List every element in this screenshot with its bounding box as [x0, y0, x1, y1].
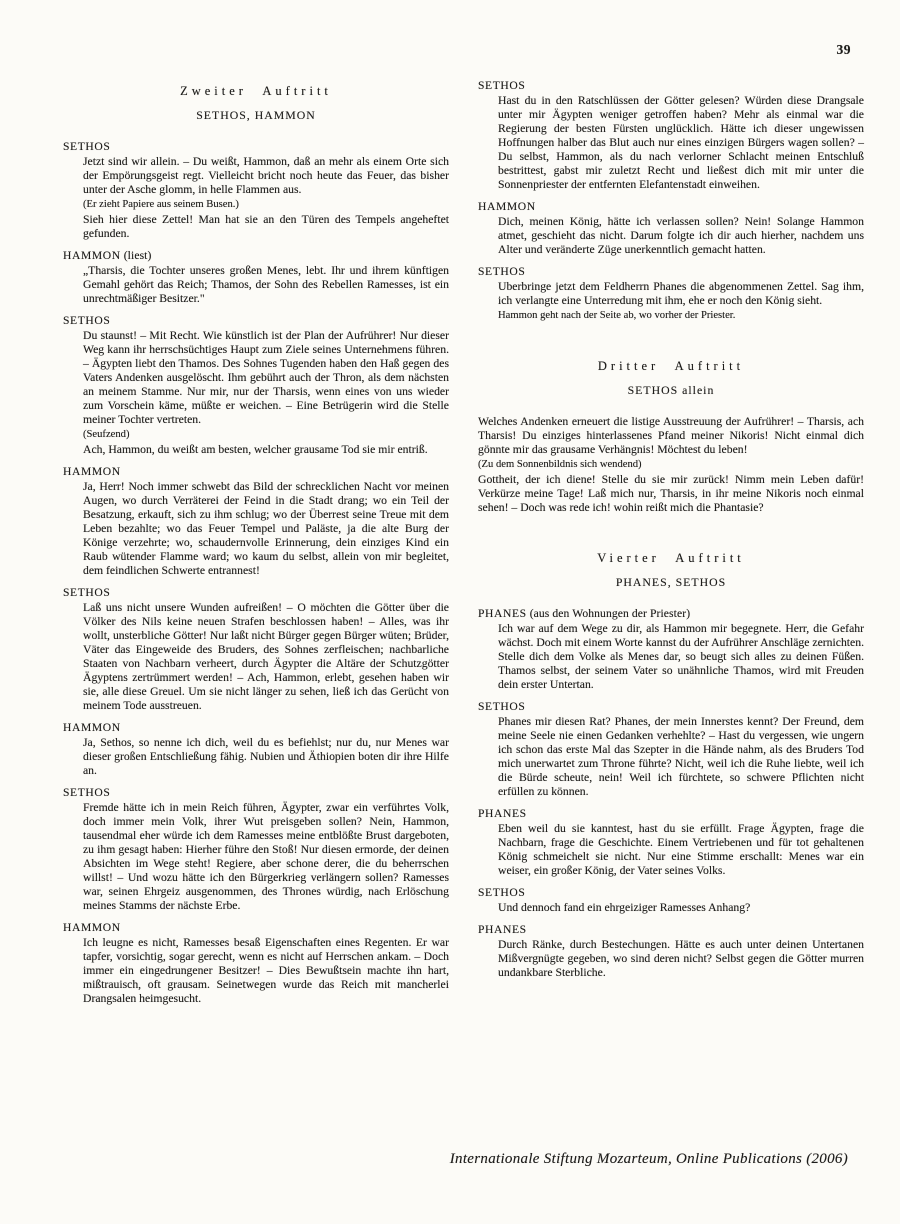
speaker-name: SETHOS	[63, 314, 110, 327]
speaker-name: SETHOS	[63, 786, 110, 799]
left-column: Zweiter AuftrittSETHOS, HAMMONSETHOSJetz…	[63, 84, 449, 1006]
speaker-note: (liest)	[121, 249, 152, 262]
speaker-label: PHANES	[478, 807, 864, 820]
page: 39 Zweiter AuftrittSETHOS, HAMMONSETHOSJ…	[0, 0, 900, 1224]
speech-paragraph: Laß uns nicht unsere Wunden aufreißen! –…	[83, 601, 449, 713]
speaker-name: HAMMON	[63, 921, 121, 934]
speaker-name: SETHOS	[478, 700, 525, 713]
speaker-name: PHANES	[478, 607, 527, 620]
speaker-label: HAMMON (liest)	[63, 249, 449, 262]
speaker-label: SETHOS	[478, 79, 864, 92]
speech-paragraph: Eben weil du sie kanntest, hast du sie e…	[498, 822, 864, 878]
speaker-name: SETHOS	[478, 886, 525, 899]
speech-paragraph: Ja, Sethos, so nenne ich dich, weil du e…	[83, 736, 449, 778]
stage-direction: Hammon geht nach der Seite ab, wo vorher…	[498, 309, 864, 323]
speaker-label: HAMMON	[63, 921, 449, 934]
speaker-label: HAMMON	[478, 200, 864, 213]
speaker-label: SETHOS	[478, 886, 864, 899]
stage-direction: (Zu dem Sonnenbildnis sich wendend)	[478, 458, 864, 472]
speech-paragraph: Jetzt sind wir allein. – Du weißt, Hammo…	[83, 155, 449, 197]
speaker-label: PHANES	[478, 923, 864, 936]
speech-paragraph: Ich war auf dem Wege zu dir, als Hammon …	[498, 622, 864, 692]
speech-paragraph: Sieh hier diese Zettel! Man hat sie an d…	[83, 213, 449, 241]
page-number: 39	[837, 42, 852, 58]
speech-paragraph: Und dennoch fand ein ehrgeiziger Ramesse…	[498, 901, 864, 915]
speech-paragraph: Durch Ränke, durch Bestechungen. Hätte e…	[498, 938, 864, 980]
speaker-label: SETHOS	[63, 140, 449, 153]
stage-direction: (Er zieht Papiere aus seinem Busen.)	[83, 198, 449, 212]
speech-paragraph: Ja, Herr! Noch immer schwebt das Bild de…	[83, 480, 449, 578]
speaker-label: SETHOS	[63, 786, 449, 799]
cast-line: SETHOS, HAMMON	[63, 108, 449, 123]
speaker-name: SETHOS	[63, 586, 110, 599]
stage-direction: (Seufzend)	[83, 428, 449, 442]
speaker-label: SETHOS	[63, 314, 449, 327]
speech-paragraph: Uberbringe jetzt dem Feldherrn Phanes di…	[498, 280, 864, 308]
speaker-label: SETHOS	[63, 586, 449, 599]
speaker-name: HAMMON	[63, 465, 121, 478]
right-column: SETHOSHast du in den Ratschlüssen der Gö…	[478, 79, 864, 980]
speaker-label: SETHOS	[478, 700, 864, 713]
scene-heading: Vierter Auftritt	[478, 551, 864, 566]
speech-paragraph: „Tharsis, die Tochter unseres großen Men…	[83, 264, 449, 306]
speech-paragraph: Ich leugne es nicht, Ramesses besaß Eige…	[83, 936, 449, 1006]
speaker-note: (aus den Wohnungen der Priester)	[527, 607, 690, 620]
speech-paragraph: Ach, Hammon, du weißt am besten, welcher…	[83, 443, 449, 457]
speaker-name: SETHOS	[478, 265, 525, 278]
footer-text: Internationale Stiftung Mozarteum, Onlin…	[450, 1151, 848, 1168]
speaker-name: HAMMON	[63, 721, 121, 734]
speech-paragraph: Gottheit, der ich diene! Stelle du sie m…	[478, 473, 864, 515]
speech-paragraph: Phanes mir diesen Rat? Phanes, der mein …	[498, 715, 864, 799]
scene-heading: Zweiter Auftritt	[63, 84, 449, 99]
speech-paragraph: Fremde hätte ich in mein Reich führen, Ä…	[83, 801, 449, 913]
speech-paragraph: Hast du in den Ratschlüssen der Götter g…	[498, 94, 864, 192]
speaker-label: PHANES (aus den Wohnungen der Priester)	[478, 607, 864, 620]
speaker-name: HAMMON	[63, 249, 121, 262]
scene-heading: Dritter Auftritt	[478, 359, 864, 374]
cast-line: SETHOS allein	[478, 383, 864, 398]
speaker-name: HAMMON	[478, 200, 536, 213]
speaker-name: PHANES	[478, 807, 527, 820]
speaker-label: SETHOS	[478, 265, 864, 278]
speaker-name: PHANES	[478, 923, 527, 936]
speech-paragraph: Dich, meinen König, hätte ich verlassen …	[498, 215, 864, 257]
cast-line: PHANES, SETHOS	[478, 575, 864, 590]
speaker-label: HAMMON	[63, 465, 449, 478]
speaker-name: SETHOS	[63, 140, 110, 153]
speech-paragraph: Du staunst! – Mit Recht. Wie künstlich i…	[83, 329, 449, 427]
speaker-name: SETHOS	[478, 79, 525, 92]
speaker-label: HAMMON	[63, 721, 449, 734]
speech-paragraph: Welches Andenken erneuert die listige Au…	[478, 415, 864, 457]
